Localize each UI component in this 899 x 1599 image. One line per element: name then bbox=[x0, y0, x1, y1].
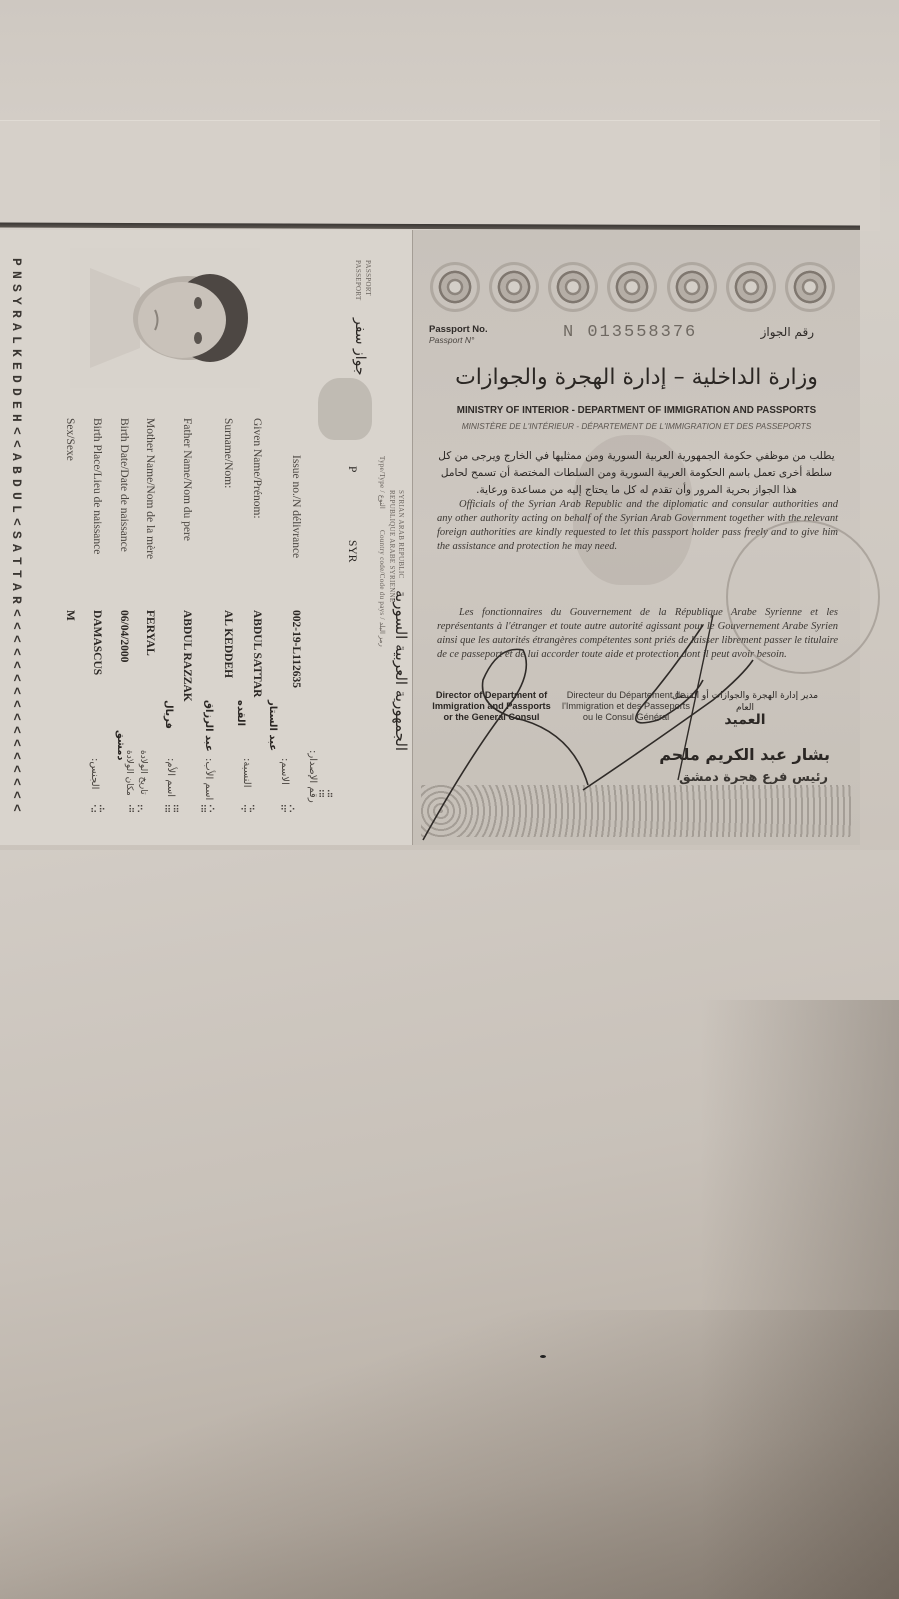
issue-no-label-ar: رقم الإصدار: bbox=[307, 750, 318, 803]
sex-label-ar: الجنس: bbox=[89, 758, 100, 789]
rosette-icon bbox=[729, 265, 773, 309]
given-name-value-ar: عبد الستار bbox=[267, 700, 278, 751]
request-paragraph-ar: يطلب من موظفي حكومة الجمهورية العربية ال… bbox=[433, 448, 840, 499]
rosette-icon bbox=[433, 265, 477, 309]
braille-dots: ⠿⠷ bbox=[318, 790, 335, 801]
shadow bbox=[700, 1000, 899, 1599]
issue-no-label: Issue no./N délivrance bbox=[290, 455, 302, 558]
rosette-icon bbox=[788, 265, 832, 309]
rosette-icon bbox=[492, 265, 536, 309]
signatory-title-ar: مدير إدارة الهجرة والجوازات أو القنصل ال… bbox=[670, 690, 820, 726]
surname-label-ar: النسبة: bbox=[241, 758, 252, 788]
passport-no-label-fr: Passport N° bbox=[429, 335, 488, 345]
birth-date-value: 06/04/2000 bbox=[118, 610, 130, 662]
given-name-label-ar: الاسم: bbox=[279, 758, 290, 785]
father-name-label: Father Name/Nom du pere bbox=[181, 418, 193, 541]
passport-no-label-en: Passport No. bbox=[429, 325, 488, 335]
passport-no-label: Passport No. Passport N° bbox=[429, 325, 488, 345]
given-name-value: ABDUL SATTAR bbox=[251, 610, 263, 697]
speck bbox=[540, 1355, 546, 1358]
birth-place-label: Birth Place/Lieu de naissance bbox=[91, 418, 103, 554]
coat-of-arms-icon bbox=[318, 378, 372, 440]
mother-name-value: FERYAL bbox=[144, 610, 156, 656]
passport-label-fr: PASSEPORT bbox=[354, 260, 362, 301]
holder-photo bbox=[70, 248, 260, 388]
signatory-branch-ar: رئيس فرع هجرة دمشق bbox=[679, 770, 828, 785]
rosette-border bbox=[425, 258, 840, 316]
sex-label: Sex/Sexe bbox=[64, 418, 76, 461]
issue-no-value: 002-19-L112635 bbox=[290, 610, 302, 688]
type-label: Type/Type / النوع bbox=[378, 456, 386, 509]
surname-value-ar: القده bbox=[235, 700, 246, 726]
passport-number: N 013558376 bbox=[563, 323, 697, 342]
surname-value: AL KEDDEH bbox=[222, 610, 234, 678]
mrz-line-1: PNSYRALKEDDEH<<ABDUL<SATTAR<<<<<<<<<<<<<… bbox=[9, 258, 24, 817]
country-name-en: SYRIAN ARAB REPUBLIC bbox=[397, 490, 405, 578]
passport-cover-page: Passport No. Passport N° N 013558376 رقم… bbox=[412, 230, 860, 845]
father-name-value-ar: عبد الرزاق bbox=[203, 700, 214, 752]
mother-name-label-ar: اسم الأم: bbox=[165, 758, 176, 797]
background-paper-top bbox=[0, 0, 899, 120]
ministry-title-en: MINISTRY OF INTERIOR - DEPARTMENT OF IMM… bbox=[413, 405, 860, 416]
father-name-value: ABDUL RAZZAK bbox=[181, 610, 193, 702]
passport-label-en: PASSPORT bbox=[364, 260, 372, 296]
passport-no-label-ar: رقم الجواز bbox=[761, 325, 814, 339]
mother-name-label: Mother Name/Nom de la mère bbox=[144, 418, 156, 559]
country-code-value: SYR bbox=[346, 540, 358, 562]
braille-dots: ⠷⠝ bbox=[128, 805, 145, 816]
signatory-title-ar-text: مدير إدارة الهجرة والجوازات أو القنصل ال… bbox=[670, 690, 820, 714]
birth-date-label: Birth Date/Date de naissance bbox=[118, 418, 130, 552]
given-name-label: Given Name/Prénom: bbox=[251, 418, 263, 519]
birth-date-label-ar: تاريخ الولادة bbox=[138, 750, 148, 795]
signatory-name-ar: بشار عبد الكريم ملحم bbox=[659, 745, 830, 764]
background-paper-middle bbox=[0, 120, 880, 231]
signatory-title-en: Director of Department of Immigration an… bbox=[429, 690, 554, 723]
country-code-label: Country code/Code du pays / رمز البلد bbox=[378, 530, 386, 647]
surname-label: Surname/Nom: bbox=[222, 418, 234, 488]
ministry-title-fr: MINISTÈRE DE L'INTÉRIEUR - DÉPARTEMENT D… bbox=[413, 421, 860, 431]
country-name-ar: الجمهورية العربية السورية bbox=[392, 590, 410, 751]
mother-name-value-ar: فريال bbox=[163, 700, 174, 729]
rosette-icon bbox=[670, 265, 714, 309]
passport-data-page: PNSYRALKEDDEH<<ABDUL<SATTAR<<<<<<<<<<<<<… bbox=[0, 230, 412, 845]
guilloche-pattern bbox=[421, 785, 852, 837]
braille-dots: ⠻⠕ bbox=[280, 805, 297, 816]
braille-dots: ⠿⠿ bbox=[164, 805, 181, 816]
sex-value: M bbox=[64, 610, 76, 621]
birth-place-value: DAMASCUS bbox=[91, 610, 103, 675]
rosette-icon bbox=[610, 265, 654, 309]
braille-dots: ⠮⠗ bbox=[90, 805, 107, 816]
official-stamp bbox=[726, 520, 880, 674]
passport-label-ar: جواز سفر bbox=[352, 318, 368, 376]
type-value: P bbox=[346, 466, 358, 472]
braille-dots: ⠿⠕ bbox=[200, 805, 217, 816]
rosette-icon bbox=[551, 265, 595, 309]
birth-place-label-ar: مكان الولادة bbox=[124, 750, 134, 796]
signatory-rank-ar: العميد bbox=[670, 714, 820, 726]
braille-dots: ⠺⠞ bbox=[240, 805, 257, 816]
ministry-title-ar: وزارة الداخلية – إدارة الهجرة والجوازات bbox=[413, 365, 860, 390]
father-name-label-ar: اسم الأب: bbox=[203, 758, 214, 800]
country-name-fr: REPUBLIQUE ARABE SYRIENNE bbox=[388, 490, 396, 603]
